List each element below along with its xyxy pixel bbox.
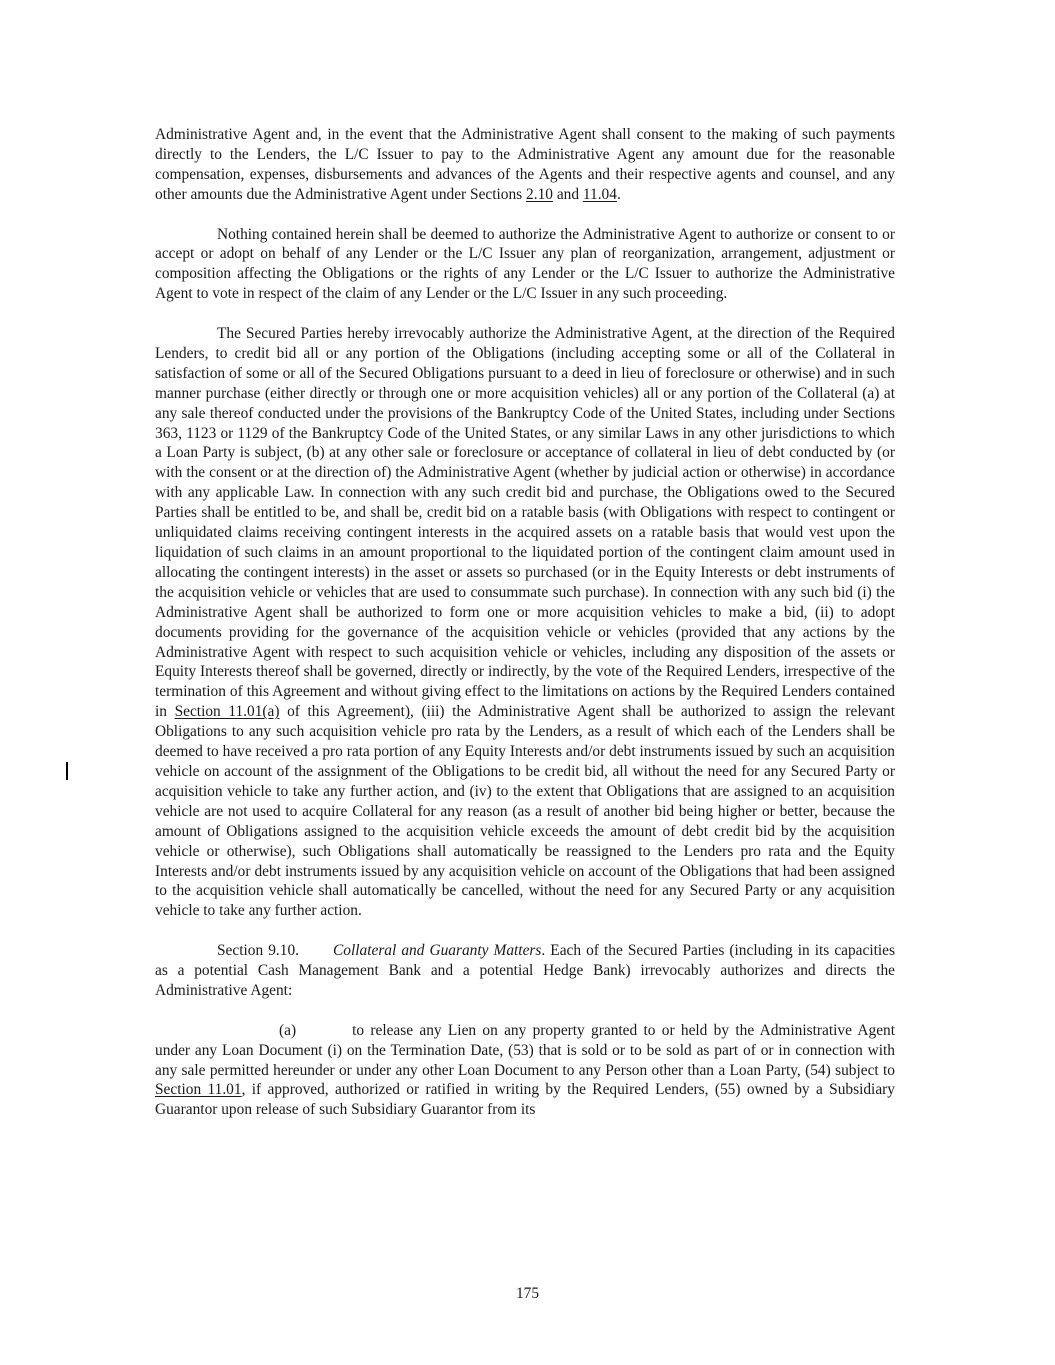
section-title: Collateral and Guaranty Matters [333, 942, 541, 959]
paragraph-admin-agent-payments: Administrative Agent and, in the event t… [155, 125, 895, 205]
paragraph-no-authorization: Nothing contained herein shall be deemed… [155, 225, 895, 305]
section-reference-2-10: 2.10 [526, 186, 553, 203]
section-number: Section 9.10. [217, 942, 299, 959]
paragraph-text: The Secured Parties hereby irrevocably a… [155, 325, 895, 720]
paragraph-text: and [553, 186, 583, 203]
document-page: Administrative Agent and, in the event t… [155, 125, 895, 1140]
section-reference-11-01: Section 11.01 [155, 1081, 242, 1098]
paragraph-credit-bid: The Secured Parties hereby irrevocably a… [155, 324, 895, 921]
page-number: 175 [0, 1285, 1055, 1303]
section-reference-11-01a: Section 11.01(a) [175, 703, 280, 720]
paragraph-text: , (iii) the Administrative Agent shall b… [155, 703, 895, 919]
paragraph-text: to release any Lien on any property gran… [155, 1022, 895, 1079]
paragraph-text: . [617, 186, 621, 203]
section-reference-11-04: 11.04 [583, 186, 617, 203]
paragraph-text: , if approved, authorized or ratified in… [155, 1081, 895, 1118]
paragraph-text: Administrative Agent and, in the event t… [155, 126, 895, 203]
paragraph-section-9-10: Section 9.10.Collateral and Guaranty Mat… [155, 941, 895, 1001]
paragraph-text: of this Agreement [280, 703, 405, 720]
clause-label: (a) [279, 1022, 296, 1039]
revision-change-bar [66, 762, 68, 780]
paragraph-clause-a: (a)to release any Lien on any property g… [155, 1021, 895, 1121]
